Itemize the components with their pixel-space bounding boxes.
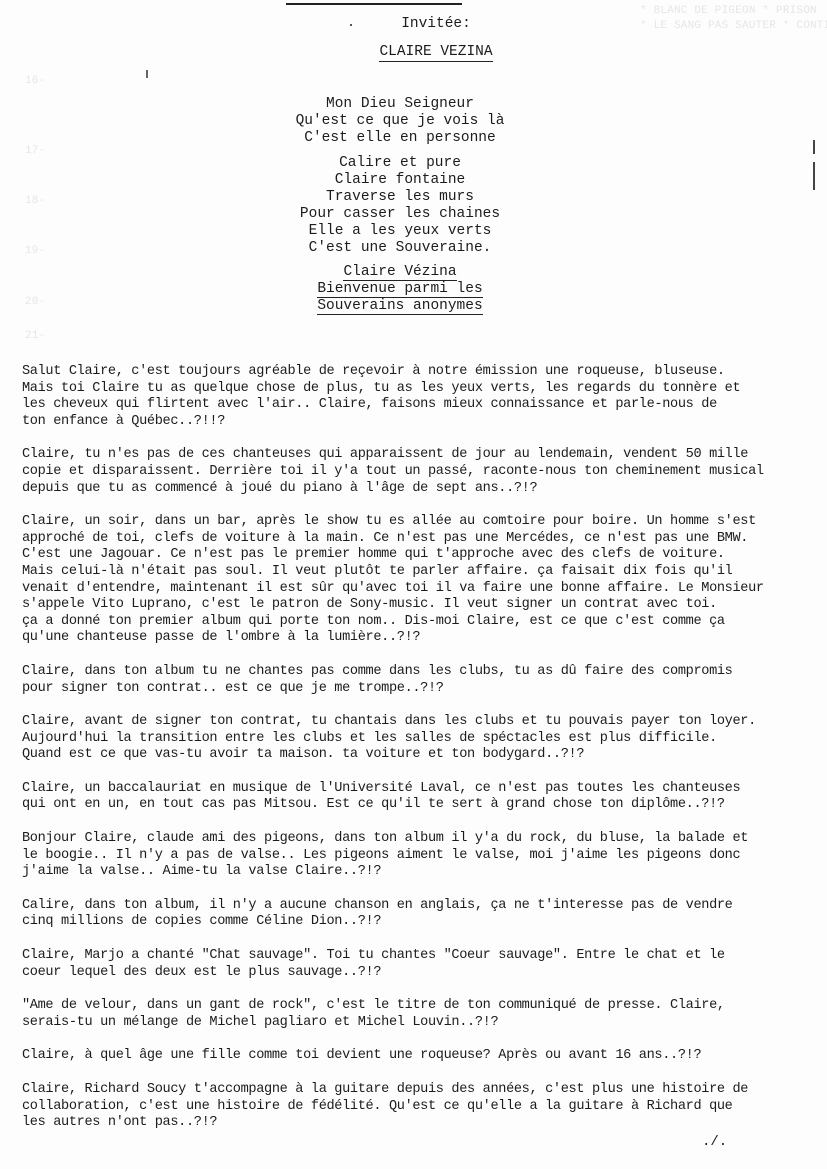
bleed-through-text: 17- <box>25 145 45 157</box>
question-line: les autres n'ont pas..?!? <box>22 1115 822 1132</box>
poem-line: Bienvenue parmi les <box>200 281 600 298</box>
poem-line-underlined: Claire Vézina <box>343 264 456 281</box>
interview-questions: Salut Claire, c'est toujours agréable de… <box>22 364 822 1149</box>
bleed-through-text: 21- <box>25 330 45 342</box>
stray-mark <box>146 70 148 78</box>
poem-line: C'est elle en personne <box>200 130 600 147</box>
question-line: Claire, avant de signer ton contrat, tu … <box>22 714 822 731</box>
question-line: serais-tu un mélange de Michel pagliaro … <box>22 1015 822 1032</box>
question-line: copie et disparaissent. Derrière toi il … <box>22 464 822 481</box>
question-line: les cheveux qui flirtent avec l'air.. Cl… <box>22 397 822 414</box>
document-page: * BLANC DE PIGEON * PRISON * LE SANG PAS… <box>0 0 827 1169</box>
poem-line: Mon Dieu Seigneur <box>200 96 600 113</box>
question-paragraph: Claire, Marjo a chanté "Chat sauvage". T… <box>22 948 822 981</box>
poem-line: Claire fontaine <box>200 172 600 189</box>
poem-line: Pour casser les chaines <box>200 206 600 223</box>
question-line: Quand est ce que vas-tu avoir ta maison.… <box>22 747 822 764</box>
question-line: Aujourd'hui la transition entre les club… <box>22 731 822 748</box>
question-line: Claire, Richard Soucy t'accompagne à la … <box>22 1082 822 1099</box>
poem-line: Calire et pure <box>200 155 600 172</box>
bleed-through-text: 20- <box>25 296 45 308</box>
question-paragraph: Claire, un baccalauriat en musique de l'… <box>22 781 822 814</box>
question-line: cinq millions de copies comme Céline Dio… <box>22 914 822 931</box>
margin-mark <box>813 140 815 154</box>
poem-line: Elle a les yeux verts <box>200 223 600 240</box>
question-line: le boogie.. Il n'y a pas de valse.. Les … <box>22 848 822 865</box>
poem-stanza-2: Calire et pure Claire fontaine Traverse … <box>200 155 600 257</box>
question-line: Calire, dans ton album, il n'y a aucune … <box>22 898 822 915</box>
question-paragraph: Claire, un soir, dans un bar, après le s… <box>22 514 822 647</box>
poem-stanza-3-underlined: Claire Vézina Bienvenue parmi les Souver… <box>200 264 600 315</box>
question-paragraph: Salut Claire, c'est toujours agréable de… <box>22 364 822 430</box>
question-paragraph: Claire, Richard Soucy t'accompagne à la … <box>22 1082 822 1132</box>
guest-label: Invitée: <box>0 16 827 32</box>
question-line: venait d'entendre, maintenant il est sûr… <box>22 581 822 598</box>
end-mark: ./. <box>702 1134 727 1150</box>
question-line: Mais toi Claire tu as quelque chose de p… <box>22 381 822 398</box>
question-line: Claire, tu n'es pas de ces chanteuses qu… <box>22 447 822 464</box>
question-line: ton enfance à Québec..?!!? <box>22 414 822 431</box>
question-line: Bonjour Claire, claude ami des pigeons, … <box>22 831 822 848</box>
question-line: qui ont en un, en tout cas pas Mitsou. E… <box>22 797 822 814</box>
bleed-through-text: 19- <box>25 245 45 257</box>
poem-line: Qu'est ce que je vois là <box>200 113 600 130</box>
question-line: collaboration, c'est une histoire de féd… <box>22 1099 822 1116</box>
poem-line: Traverse les murs <box>200 189 600 206</box>
poem-line-underlined: Bienvenue parmi les <box>317 281 482 298</box>
question-paragraph: Claire, avant de signer ton contrat, tu … <box>22 714 822 764</box>
question-line: j'aime la valse.. Aime-tu la valse Clair… <box>22 864 822 881</box>
poem-line: Claire Vézina <box>200 264 600 281</box>
poem-line: Souverains anonymes <box>200 298 600 315</box>
question-line: s'appele Vito Luprano, c'est le patron d… <box>22 597 822 614</box>
guest-name: CLAIRE VEZINA <box>0 44 827 60</box>
stray-dot <box>350 24 352 26</box>
guest-name-text: CLAIRE VEZINA <box>379 44 492 62</box>
question-line: coeur lequel des deux est le plus sauvag… <box>22 965 822 982</box>
poem-stanza-1: Mon Dieu Seigneur Qu'est ce que je vois … <box>200 96 600 147</box>
question-paragraph: "Ame de velour, dans un gant de rock", c… <box>22 998 822 1031</box>
question-line: Claire, un soir, dans un bar, après le s… <box>22 514 822 531</box>
question-line: Salut Claire, c'est toujours agréable de… <box>22 364 822 381</box>
page-header-clipped: Jeudi le 17 Septembre <box>286 0 462 5</box>
question-line: depuis que tu as commencé à joué du pian… <box>22 481 822 498</box>
question-line: C'est une Jagouar. Ce n'est pas le premi… <box>22 547 822 564</box>
question-line: Claire, Marjo a chanté "Chat sauvage". T… <box>22 948 822 965</box>
question-paragraph: Claire, tu n'es pas de ces chanteuses qu… <box>22 447 822 497</box>
poem-line-underlined: Souverains anonymes <box>317 298 482 315</box>
question-line: Mais celui-là n'était pas soul. Il veut … <box>22 564 822 581</box>
question-paragraph: Bonjour Claire, claude ami des pigeons, … <box>22 831 822 881</box>
question-line: ça a donné ton premier album qui porte t… <box>22 614 822 631</box>
question-line: Claire, à quel âge une fille comme toi d… <box>22 1048 822 1065</box>
question-line: "Ame de velour, dans un gant de rock", c… <box>22 998 822 1015</box>
guest-label-text: Invitée: <box>401 16 471 32</box>
bleed-through-text: 16- <box>25 75 45 87</box>
question-paragraph: Calire, dans ton album, il n'y a aucune … <box>22 898 822 931</box>
bleed-through-text: 18- <box>25 195 45 207</box>
question-line: Claire, dans ton album tu ne chantes pas… <box>22 664 822 681</box>
question-line: approché de toi, clefs de voiture à la m… <box>22 531 822 548</box>
question-line: Claire, un baccalauriat en musique de l'… <box>22 781 822 798</box>
question-line: qu'une chanteuse passe de l'ombre à la l… <box>22 630 822 647</box>
question-line: pour signer ton contrat.. est ce que je … <box>22 681 822 698</box>
question-paragraph: Claire, à quel âge une fille comme toi d… <box>22 1048 822 1065</box>
margin-mark <box>813 162 815 190</box>
page-header-text: Jeudi le 17 Septembre <box>286 0 462 5</box>
question-paragraph: Claire, dans ton album tu ne chantes pas… <box>22 664 822 697</box>
poem-line: C'est une Souveraine. <box>200 240 600 257</box>
